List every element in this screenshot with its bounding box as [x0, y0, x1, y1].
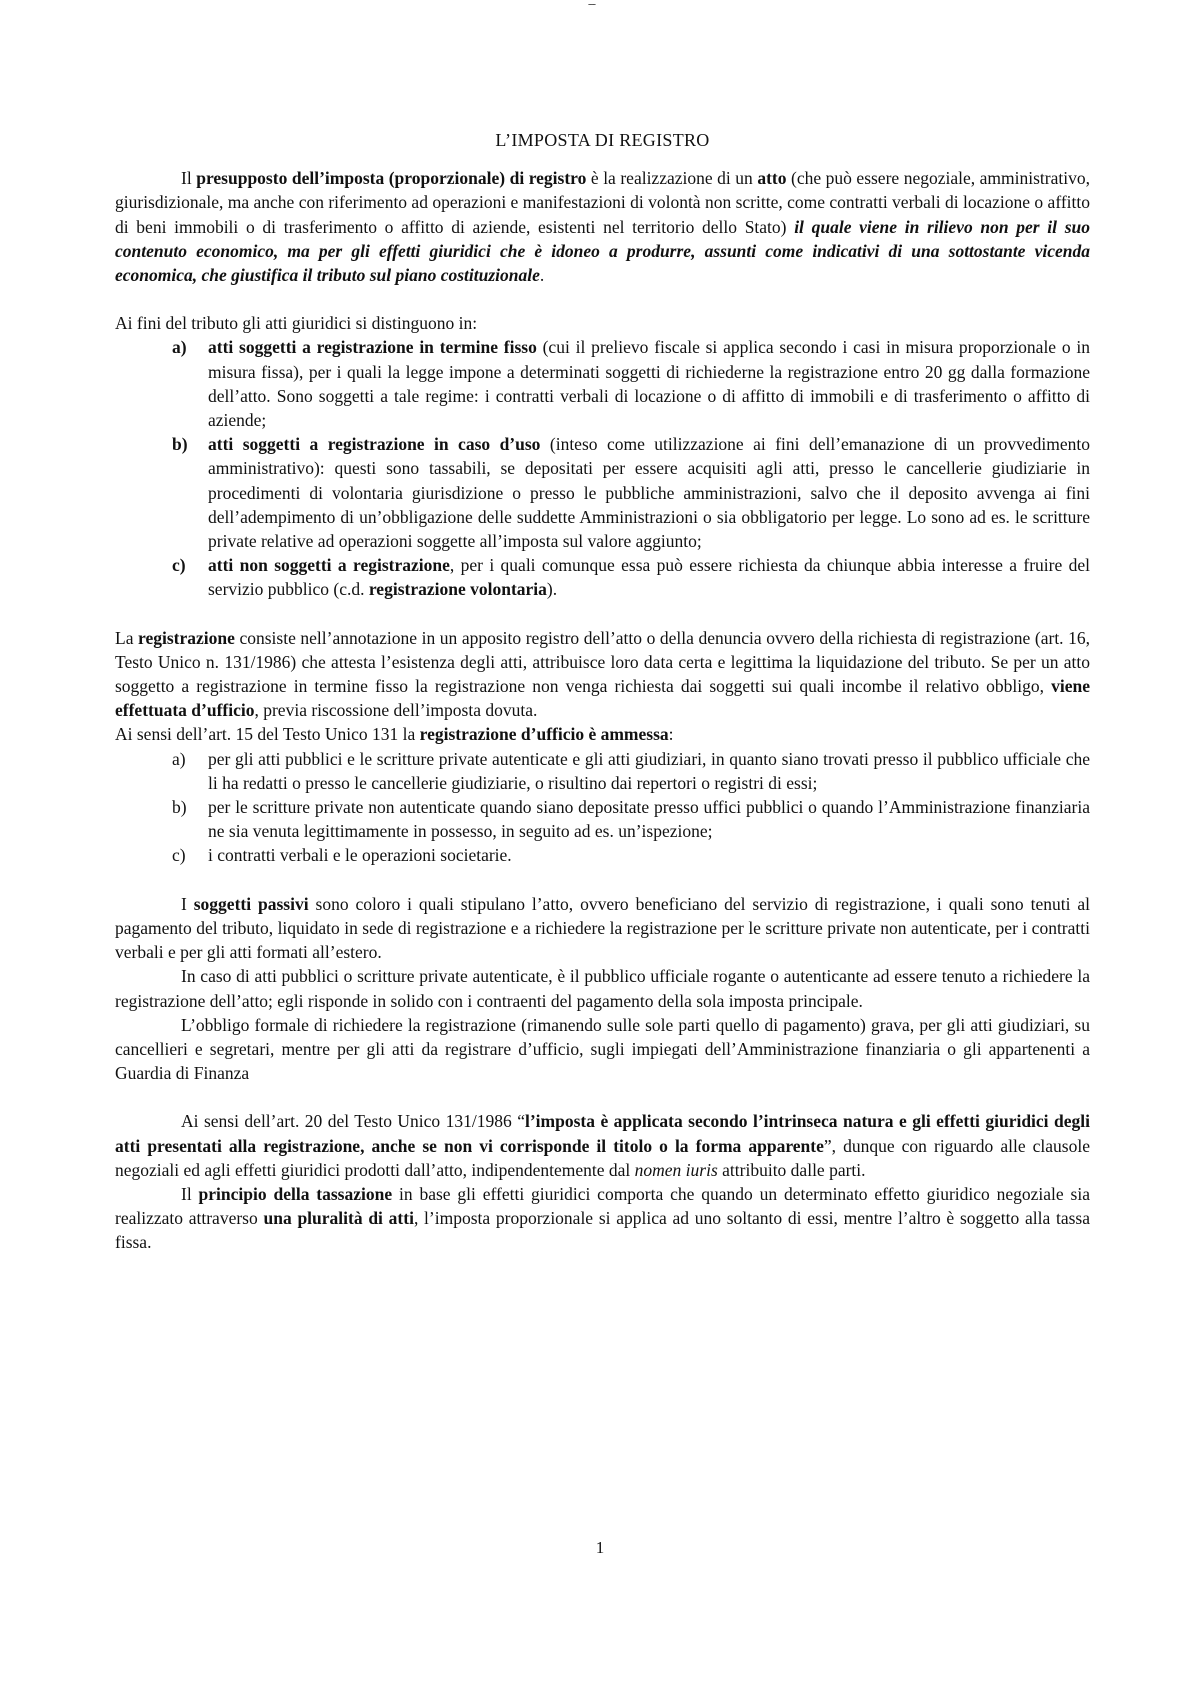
text: per le scritture private non autenticate…: [208, 797, 1090, 841]
paragraph-art15: Ai sensi dell’art. 15 del Testo Unico 13…: [115, 722, 1090, 746]
text: Il: [181, 168, 196, 188]
document-body: L’IMPOSTA DI REGISTRO Il presupposto del…: [115, 128, 1090, 1255]
spacer: [115, 1085, 1090, 1109]
text: Ai sensi dell’art. 20 del Testo Unico 13…: [181, 1111, 525, 1131]
bold-text: registrazione volontaria: [369, 579, 547, 599]
spacer: [115, 287, 1090, 311]
document-title: L’IMPOSTA DI REGISTRO: [115, 128, 1090, 152]
text: :: [669, 724, 674, 744]
text: consiste nell’annotazione in un apposito…: [115, 628, 1090, 696]
bold-text: atti non soggetti a registrazione: [208, 555, 450, 575]
paragraph-obbligo-formale: L’obbligo formale di richiedere la regis…: [115, 1013, 1090, 1086]
list-label: b): [172, 795, 187, 819]
bold-text: atti soggetti a registrazione in termine…: [208, 337, 537, 357]
paragraph-registrazione: La registrazione consiste nell’annotazio…: [115, 626, 1090, 723]
list-label: b): [172, 432, 188, 456]
paragraph-atti-pubblici: In caso di atti pubblici o scritture pri…: [115, 964, 1090, 1012]
list-item: a)atti soggetti a registrazione in termi…: [115, 335, 1090, 432]
page-number: 1: [0, 1536, 1200, 1560]
bold-text: una pluralità di atti: [263, 1208, 413, 1228]
bold-text: soggetti passivi: [194, 894, 309, 914]
list-label: a): [172, 747, 186, 771]
text: attribuito dalle parti.: [718, 1160, 866, 1180]
bold-text: principio della tassazione: [199, 1184, 393, 1204]
text: per gli atti pubblici e le scritture pri…: [208, 749, 1090, 793]
spacer: [115, 868, 1090, 892]
text: , previa riscossione dell’imposta dovuta…: [254, 700, 537, 720]
list-item: b)atti soggetti a registrazione in caso …: [115, 432, 1090, 553]
bold-text: presupposto dell’imposta (proporzionale)…: [196, 168, 586, 188]
text: I: [181, 894, 194, 914]
list-registrazione-ufficio: a)per gli atti pubblici e le scritture p…: [115, 747, 1090, 868]
italic-text: nomen iuris: [635, 1160, 718, 1180]
list-item: c)i contratti verbali e le operazioni so…: [115, 843, 1090, 867]
bold-text: registrazione d’ufficio è ammessa: [420, 724, 669, 744]
paragraph-intro-list: Ai fini del tributo gli atti giuridici s…: [115, 311, 1090, 335]
list-tipologie-atti: a)atti soggetti a registrazione in termi…: [115, 335, 1090, 601]
list-label: c): [172, 843, 186, 867]
paragraph-soggetti-passivi: I soggetti passivi sono coloro i quali s…: [115, 892, 1090, 965]
bold-text: atti soggetti a registrazione in caso d’…: [208, 434, 540, 454]
text: Il: [181, 1184, 199, 1204]
header-mark: ---: [588, 0, 595, 10]
document-page: --- L’IMPOSTA DI REGISTRO Il presupposto…: [0, 0, 1200, 1697]
list-label: c): [172, 553, 186, 577]
text: i contratti verbali e le operazioni soci…: [208, 845, 512, 865]
text: Ai sensi dell’art. 15 del Testo Unico 13…: [115, 724, 420, 744]
bold-text: registrazione: [138, 628, 235, 648]
paragraph-principio-tassazione: Il principio della tassazione in base gl…: [115, 1182, 1090, 1255]
list-item: b)per le scritture private non autentica…: [115, 795, 1090, 843]
spacer: [115, 602, 1090, 626]
text: La: [115, 628, 138, 648]
text: ).: [547, 579, 557, 599]
text: è la realizzazione di un: [586, 168, 757, 188]
bold-text: atto: [757, 168, 786, 188]
paragraph-art20: Ai sensi dell’art. 20 del Testo Unico 13…: [115, 1109, 1090, 1182]
paragraph-presupposto: Il presupposto dell’imposta (proporziona…: [115, 166, 1090, 287]
list-label: a): [172, 335, 187, 359]
list-item: c)atti non soggetti a registrazione, per…: [115, 553, 1090, 601]
list-item: a)per gli atti pubblici e le scritture p…: [115, 747, 1090, 795]
text: .: [540, 265, 544, 285]
